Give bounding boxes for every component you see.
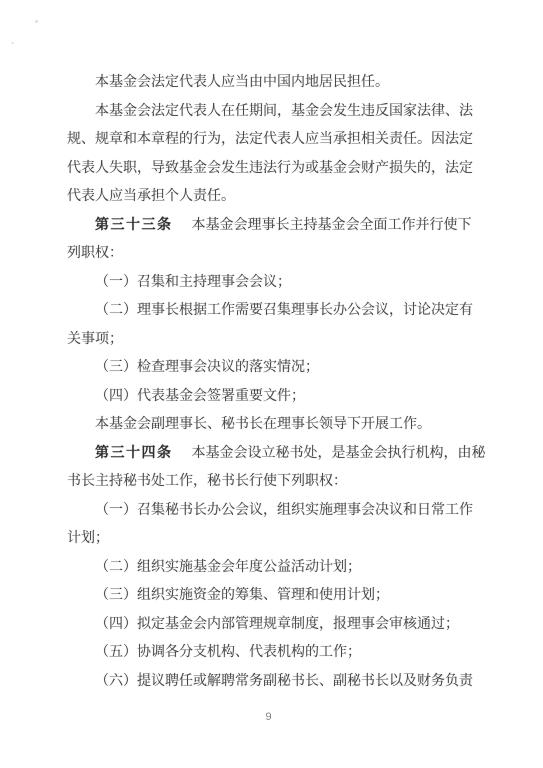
line-text: 代表人失职，导致基金会发生违法行为或基金会财产损失的，法定 [67,161,473,176]
line-text: 本基金会理事长主持基金会全面工作并行使下 [192,218,472,233]
paragraph-first-line: （四）拟定基金会内部管理规章制度，报理事会审核通过； [67,611,481,640]
paragraph-first-line: 本基金会法定代表人应当由中国内地居民担任。 [67,69,481,98]
line-text: 关事项； [67,332,123,347]
line-text: （四）代表基金会签署重要文件； [95,389,305,404]
paragraph-line: 代表人失职，导致基金会发生违法行为或基金会财产损失的，法定 [67,155,481,184]
line-text: （六）提议聘任或解聘常务副秘书长、副秘书长以及财务负责 [95,674,473,689]
line-text: （三）检查理事会决议的落实情况； [95,360,319,375]
paragraph-first-line: （一）召集秘书长办公会议，组织实施理事会决议和日常工作 [67,497,481,526]
paragraph-line: 关事项； [67,326,481,355]
paragraph-line: 计划； [67,525,481,554]
line-text: 书长主持秘书处工作，秘书长行使下列职权： [67,474,347,489]
paragraph-first-line: 本基金会法定代表人在任期间，基金会发生违反国家法律、法 [67,98,481,127]
line-text: 本基金会副理事长、秘书长在理事长领导下开展工作。 [95,417,431,432]
paragraph-first-line: （二）组织实施基金会年度公益活动计划； [67,554,481,583]
line-text: （一）召集和主持理事会会议； [95,275,291,290]
paragraph-line: 书长主持秘书处工作，秘书长行使下列职权： [67,468,481,497]
paragraph-line: 列职权： [67,240,481,269]
paragraph-line: 规、规章和本章程的行为，法定代表人应当承担相关责任。因法定 [67,126,481,155]
paragraph-first-line: （四）代表基金会签署重要文件； [67,383,481,412]
line-text: （一）召集秘书长办公会议，组织实施理事会决议和日常工作 [95,503,473,518]
paragraph-first-line: 第三十三条本基金会理事长主持基金会全面工作并行使下 [67,212,481,241]
line-text: （四）拟定基金会内部管理规章制度，报理事会审核通过； [95,617,459,632]
document-page: 本基金会法定代表人应当由中国内地居民担任。本基金会法定代表人在任期间，基金会发生… [0,0,543,768]
paragraph-first-line: （三）组织实施资金的筹集、管理和使用计划； [67,582,481,611]
article-number: 第三十四条 [95,446,173,461]
paragraph-first-line: （三）检查理事会决议的落实情况； [67,354,481,383]
line-text: 本基金会设立秘书处，是基金会执行机构，由秘 [192,446,486,461]
scan-speck [11,42,14,44]
paragraph-line: 代表人应当承担个人责任。 [67,183,481,212]
paragraph-first-line: （五）协调各分支机构、代表机构的工作； [67,639,481,668]
line-text: （三）组织实施资金的筹集、管理和使用计划； [95,588,389,603]
line-text: 本基金会法定代表人在任期间，基金会发生违反国家法律、法 [95,104,473,119]
line-text: 计划； [67,531,109,546]
scan-speck [35,20,38,23]
paragraph-first-line: 第三十四条本基金会设立秘书处，是基金会执行机构，由秘 [67,440,481,469]
line-text: 本基金会法定代表人应当由中国内地居民担任。 [95,75,389,90]
line-text: （二）组织实施基金会年度公益活动计划； [95,560,361,575]
paragraph-first-line: （六）提议聘任或解聘常务副秘书长、副秘书长以及财务负责 [67,668,481,697]
line-text: （二）理事长根据工作需要召集理事长办公会议，讨论决定有 [95,303,473,318]
line-text: （五）协调各分支机构、代表机构的工作； [95,645,361,660]
line-text: 代表人应当承担个人责任。 [67,189,235,204]
document-body: 本基金会法定代表人应当由中国内地居民担任。本基金会法定代表人在任期间，基金会发生… [67,69,481,696]
line-text: 列职权： [67,246,123,261]
paragraph-first-line: （二）理事长根据工作需要召集理事长办公会议，讨论决定有 [67,297,481,326]
line-text: 规、规章和本章程的行为，法定代表人应当承担相关责任。因法定 [67,132,473,147]
article-number: 第三十三条 [95,218,173,233]
paragraph-first-line: （一）召集和主持理事会会议； [67,269,481,298]
page-number: 9 [0,711,537,723]
paragraph-first-line: 本基金会副理事长、秘书长在理事长领导下开展工作。 [67,411,481,440]
